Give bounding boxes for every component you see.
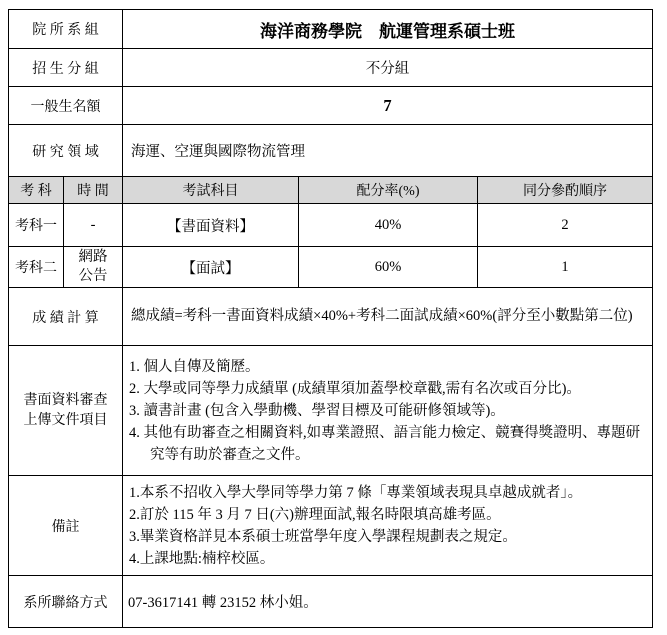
review-items: 1. 個人自傳及簡歷。 2. 大學或同等學力成績單 (成績單須加蓋學校章戳,需有… bbox=[123, 346, 653, 476]
note-item: 4.上課地點:楠梓校區。 bbox=[129, 548, 646, 570]
exam2-order: 1 bbox=[478, 247, 653, 288]
group-value: 不分組 bbox=[123, 49, 653, 87]
exam-header-tiebreak: 同分參酌順序 bbox=[478, 177, 653, 204]
row-notes: 備註 1.本系不招收入學大學同等學力第 7 條「專業領域表現具卓越成就者」。 2… bbox=[9, 476, 653, 576]
quota-label: 一般生名額 bbox=[9, 87, 123, 125]
row-review: 書面資料審查 上傳文件項目 1. 個人自傳及簡歷。 2. 大學或同等學力成績單 … bbox=[9, 346, 653, 476]
exam2-time-text: 網路公告 bbox=[77, 248, 108, 286]
row-quota: 一般生名額 7 bbox=[9, 87, 653, 125]
department-label: 院 所 系 組 bbox=[9, 10, 123, 49]
review-item: 1. 個人自傳及簡歷。 bbox=[129, 356, 646, 378]
score-value: 總成績=考科一書面資料成績×40%+考科二面試成績×60%(評分至小數點第二位) bbox=[123, 288, 653, 346]
note-item: 2.訂於 115 年 3 月 7 日(六)辦理面試,報名時限填高雄考區。 bbox=[129, 504, 646, 526]
exam2-name: 考科二 bbox=[9, 247, 64, 288]
group-label: 招 生 分 組 bbox=[9, 49, 123, 87]
score-formula: 總成績=考科一書面資料成績×40%+考科二面試成績×60%(評分至小數點第二位) bbox=[131, 304, 644, 329]
exam1-time: - bbox=[64, 204, 123, 247]
department-value: 海洋商務學院 航運管理系碩士班 bbox=[123, 10, 653, 49]
row-score: 成 績 計 算 總成績=考科一書面資料成績×40%+考科二面試成績×60%(評分… bbox=[9, 288, 653, 346]
note-item: 1.本系不招收入學大學同等學力第 7 條「專業領域表現具卓越成就者」。 bbox=[129, 482, 646, 504]
research-value: 海運、空運與國際物流管理 bbox=[123, 125, 653, 177]
exam2-time: 網路公告 bbox=[64, 247, 123, 288]
exam1-name: 考科一 bbox=[9, 204, 64, 247]
notes-label: 備註 bbox=[9, 476, 123, 576]
row-exam2: 考科二 網路公告 【面試】 60% 1 bbox=[9, 247, 653, 288]
quota-value: 7 bbox=[123, 87, 653, 125]
contact-label: 系所聯絡方式 bbox=[9, 576, 123, 628]
row-department: 院 所 系 組 海洋商務學院 航運管理系碩士班 bbox=[9, 10, 653, 49]
review-item: 4. 其他有助審查之相關資料,如專業證照、語言能力檢定、競賽得獎證明、專題研究等… bbox=[129, 422, 646, 466]
review-label-line1: 書面資料審查 bbox=[9, 391, 122, 411]
exam1-weight: 40% bbox=[299, 204, 478, 247]
review-label-line2: 上傳文件項目 bbox=[9, 411, 122, 431]
review-label: 書面資料審查 上傳文件項目 bbox=[9, 346, 123, 476]
admission-info-table: 院 所 系 組 海洋商務學院 航運管理系碩士班 招 生 分 組 不分組 一般生名… bbox=[8, 9, 653, 628]
row-exam1: 考科一 - 【書面資料】 40% 2 bbox=[9, 204, 653, 247]
score-label: 成 績 計 算 bbox=[9, 288, 123, 346]
contact-value: 07-3617141 轉 23152 林小姐。 bbox=[123, 576, 653, 628]
exam-header-time-col: 時 間 bbox=[64, 177, 123, 204]
review-item: 2. 大學或同等學力成績單 (成績單須加蓋學校章戳,需有名次或百分比)。 bbox=[129, 378, 646, 400]
notes-items: 1.本系不招收入學大學同等學力第 7 條「專業領域表現具卓越成就者」。 2.訂於… bbox=[123, 476, 653, 576]
note-item: 3.畢業資格詳見本系碩士班當學年度入學課程規劃表之規定。 bbox=[129, 526, 646, 548]
row-exam-header: 考 科 時 間 考試科目 配分率(%) 同分參酌順序 bbox=[9, 177, 653, 204]
exam1-subject: 【書面資料】 bbox=[123, 204, 299, 247]
review-item: 3. 讀書計畫 (包含入學動機、學習目標及可能研修領域等)。 bbox=[129, 400, 646, 422]
row-research: 研 究 領 域 海運、空運與國際物流管理 bbox=[9, 125, 653, 177]
row-group: 招 生 分 組 不分組 bbox=[9, 49, 653, 87]
exam2-subject: 【面試】 bbox=[123, 247, 299, 288]
row-contact: 系所聯絡方式 07-3617141 轉 23152 林小姐。 bbox=[9, 576, 653, 628]
exam1-order: 2 bbox=[478, 204, 653, 247]
exam2-weight: 60% bbox=[299, 247, 478, 288]
exam-header-weight: 配分率(%) bbox=[299, 177, 478, 204]
research-label: 研 究 領 域 bbox=[9, 125, 123, 177]
exam-header-exam-subject: 考試科目 bbox=[123, 177, 299, 204]
exam-header-subject-col: 考 科 bbox=[9, 177, 64, 204]
